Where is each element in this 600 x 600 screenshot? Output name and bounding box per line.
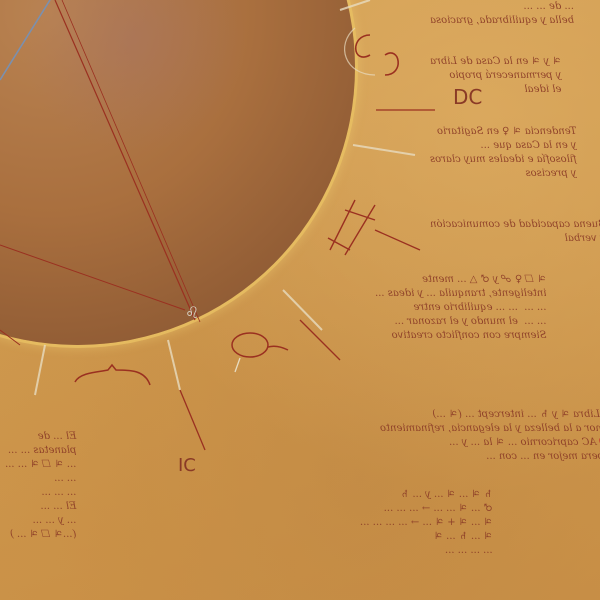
leo-glyph: ♌ (185, 303, 199, 322)
note-block-4: Buena capacidad de comunicación y verbal (430, 218, 600, 246)
note-block-1: ... de ... ... bella y equilibrada, grac… (430, 0, 574, 28)
taurus-glyph (232, 333, 288, 357)
note-block-8: El ... de planetas ... ... ... ♃ ☐ ♃ ...… (5, 430, 76, 542)
hash-glyph (328, 200, 375, 255)
cancer-glyph (356, 35, 398, 75)
ic-mark: IC (178, 455, 196, 476)
note-block-6: ☉ Libra ♃ y ♄ ... intercept ... (♃ ...) … (380, 408, 600, 464)
note-block-7: ♄ ♃ ... ♃ ... y ... ♄ ♂ ... ♃ ... ... → … (360, 488, 493, 558)
brace-glyph (75, 365, 150, 385)
note-block-3: Tendencia ♃ ♀ en Sagitario y en la Casa … (430, 125, 577, 181)
note-block-2: ♃ y ♃ en la Casa de Libra y permanecerá … (430, 55, 561, 97)
note-block-5: ♃ ☐ ♀ ☍ y ♂ △ ... mente inteligente, tra… (375, 273, 546, 343)
